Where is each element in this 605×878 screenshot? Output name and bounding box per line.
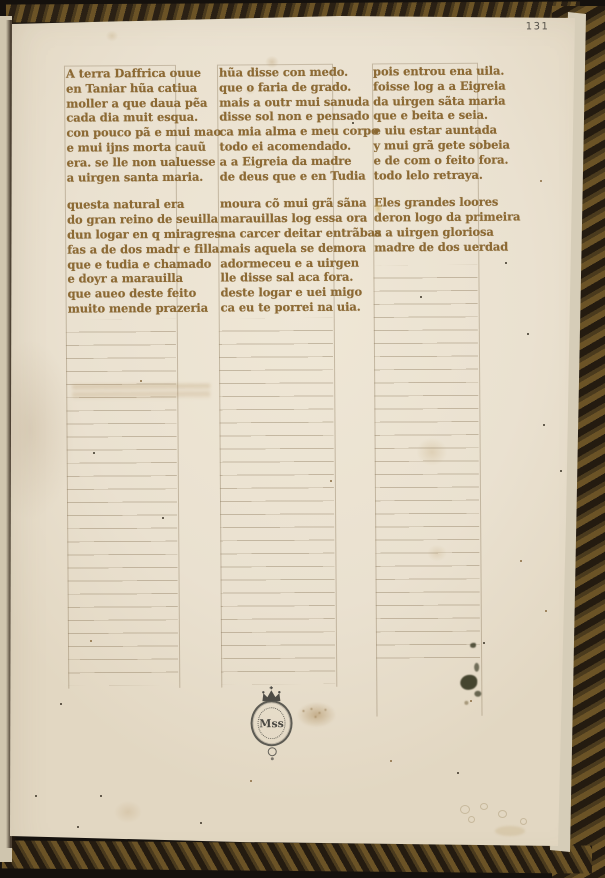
- ink-blot-spot: [474, 663, 479, 672]
- text-column-3: pois entrou ena uila.foisse log a a Eigr…: [373, 63, 526, 268]
- book-bottom-edge: [2, 840, 592, 873]
- manuscript-text-line: todo ei acomendado.: [219, 138, 371, 154]
- stamp-center-label: Mss: [259, 717, 284, 730]
- manuscript-text-line: ca eu te porrei na uia.: [221, 299, 373, 315]
- water-stain: [460, 805, 470, 814]
- manuscript-text-line: ca mia alma e meu corpo: [219, 124, 371, 140]
- manuscript-text-line: deste logar e uei migo: [221, 285, 373, 301]
- manuscript-text-line: pois entrou ena uila.: [373, 63, 525, 79]
- manuscript-text-line: deron logo da primeira: [374, 210, 526, 226]
- manuscript-text-line: mais aquela se demora: [220, 240, 372, 256]
- stain-smudge: [296, 702, 336, 728]
- stanza: questa natural erado gran reino de seuil…: [67, 197, 220, 316]
- faded-initial-mark: [373, 202, 383, 214]
- manuscript-text-line: mais a outr mui sanuda: [219, 94, 371, 110]
- stamp-ring: Mss: [250, 700, 292, 746]
- stanza: moura cõ mui grã sãnamarauillas log essa…: [220, 196, 373, 315]
- manuscript-text-line: que aueo deste feito: [68, 286, 220, 302]
- manuscript-text-line: Eles grandes loores: [374, 195, 526, 211]
- manuscript-text-line: cada dia muit esqua.: [66, 110, 218, 126]
- manuscript-text-line: foisse log a a Eigreia: [373, 78, 525, 94]
- manuscript-text-line: en Taniar hũa catiua: [66, 80, 218, 96]
- manuscript-page: 131 A terra Daffrica ouueen Taniar hũa c…: [0, 0, 605, 878]
- manuscript-text-line: madre de dos uerdad: [374, 239, 526, 255]
- manuscript-text-line: a a Eigreia da madre: [220, 153, 372, 169]
- stanza: Eles grandes looresderon logo da primeir…: [374, 195, 526, 255]
- manuscript-text-line: adormeceu e a uirgen: [220, 255, 372, 271]
- ink-blot-spot: [470, 643, 476, 648]
- manuscript-text-line: da uirgen sãta maria: [373, 93, 525, 109]
- manuscript-text-line: a a uirgen gloriosa: [374, 224, 526, 240]
- water-stain: [520, 818, 527, 825]
- page-content: 131 A terra Daffrica ouueen Taniar hũa c…: [0, 0, 605, 878]
- stanza: A terra Daffrica ouueen Taniar hũa catiu…: [66, 66, 219, 185]
- manuscript-text-line: muito mende prazeria: [68, 301, 220, 317]
- ink-blot-spot: [464, 701, 468, 705]
- foxing-specks-dark: [0, 0, 2, 2]
- manuscript-text-line: que o faria de grado.: [219, 79, 371, 95]
- manuscript-text-line: que e tudia e chamado: [67, 256, 219, 272]
- manuscript-text-line: disse sol non e pensado: [219, 109, 371, 125]
- manuscript-text-line: e doyr a marauilla: [67, 271, 219, 287]
- manuscript-text-line: lle disse sal aca fora.: [220, 270, 372, 286]
- manuscript-text-line: hũa disse con medo.: [219, 65, 371, 81]
- manuscript-text-line: que e beita e seia.: [373, 108, 525, 124]
- stanza: hũa disse con medo.que o faria de grado.…: [219, 65, 372, 184]
- crown-icon: [259, 686, 283, 702]
- manuscript-text-line: marauillas log essa ora: [220, 211, 372, 227]
- text-column-2: hũa disse con medo.que o faria de grado.…: [219, 65, 373, 329]
- manuscript-text-line: do gran reino de seuilla: [67, 212, 219, 228]
- manuscript-text-line: y mui grã gete sobeia: [373, 137, 525, 153]
- ink-offset-ghost: [72, 381, 210, 404]
- stamp-inner-ring: Mss: [257, 707, 285, 739]
- water-stain-smear: [495, 826, 525, 836]
- ink-blot-spot: [474, 691, 481, 697]
- manuscript-text-line: moura cõ mui grã sãna: [220, 196, 372, 212]
- manuscript-text-line: con pouco pã e mui mao: [66, 125, 218, 141]
- ink-blot-spot: [460, 675, 477, 690]
- stanza: pois entrou ena uila.foisse log a a Eigr…: [373, 63, 526, 182]
- empty-ruled-lines-2: [219, 318, 336, 685]
- manuscript-text-line: a uirgen santa maria.: [67, 169, 219, 185]
- manuscript-text-line: de deus que e en Tudia: [220, 168, 372, 184]
- manuscript-text-line: era. se lle non ualuesse: [67, 154, 219, 170]
- text-column-1: A terra Daffrica ouueen Taniar hũa catiu…: [66, 66, 220, 330]
- water-stain: [480, 803, 488, 810]
- manuscript-text-line: moller a que daua pẽa: [66, 95, 218, 111]
- manuscript-text-line: e mui ijns morta cauũ: [66, 140, 218, 156]
- manuscript-text-line: A terra Daffrica ouue: [66, 66, 218, 82]
- empty-ruled-lines-1: [66, 319, 179, 686]
- manuscript-text-line: e de com o feito fora.: [374, 152, 526, 168]
- manuscript-text-line: e uiu estar auntada: [373, 123, 525, 139]
- ink-blot: [452, 639, 489, 711]
- manuscript-text-line: questa natural era: [67, 197, 219, 213]
- foxing-specks-brown: [0, 0, 2, 2]
- manuscript-text-line: dun logar en q miragres: [67, 227, 219, 243]
- water-stain: [468, 816, 475, 823]
- manuscript-text-line: fas a de dos madr e filla.: [67, 241, 219, 257]
- manuscript-text-line: na carcer deitar entrãbas: [220, 225, 372, 241]
- water-stain: [498, 810, 507, 818]
- folio-number: 131: [526, 21, 550, 32]
- empty-ruled-lines-3: [373, 265, 480, 662]
- stamp-pendant: [267, 747, 276, 756]
- library-stamp: Mss: [244, 686, 299, 760]
- manuscript-text-line: todo lelo retraya.: [374, 167, 526, 183]
